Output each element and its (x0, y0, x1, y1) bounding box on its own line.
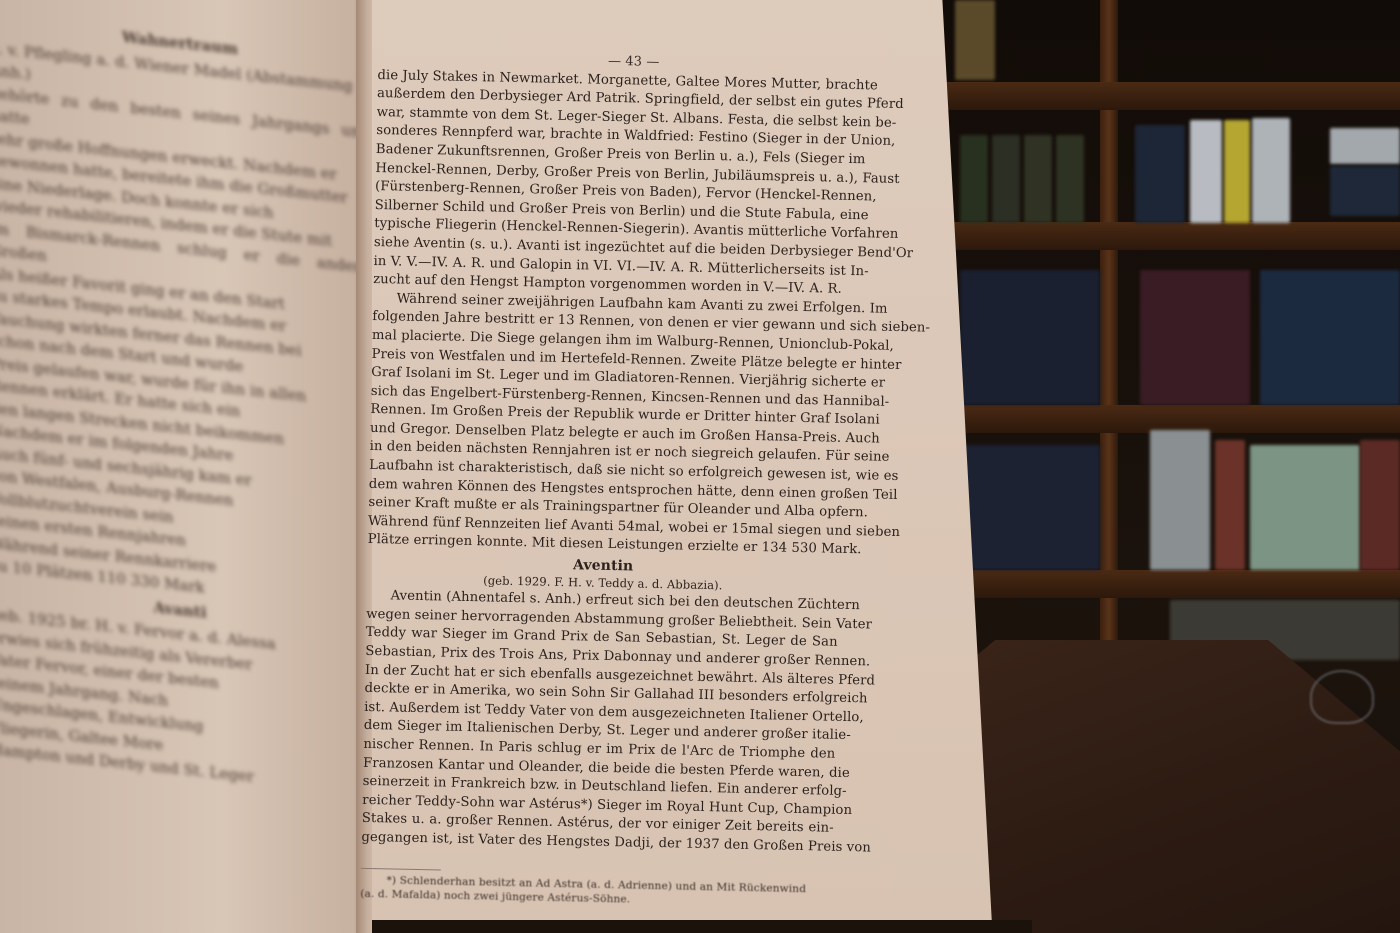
left-book-page: Wahnertraum z. v. Pflegling a. d. Wiener… (0, 0, 372, 933)
eyeglasses (1310, 670, 1374, 724)
book-spine (1224, 120, 1250, 223)
book-spine (1024, 135, 1052, 223)
book-spine (1252, 118, 1290, 223)
book-spine (1150, 430, 1210, 570)
bookshelf-board (940, 405, 1400, 433)
book-spine (960, 135, 988, 223)
right-page-content: — 43 — die July Stakes in Newmarket. Mor… (360, 48, 850, 910)
book-spine (1330, 166, 1400, 216)
paragraph-avanti-pedigree: die July Stakes in Newmarket. Morganette… (373, 67, 850, 300)
book-spine (1215, 440, 1245, 570)
footnote-divider (361, 867, 441, 870)
paragraph-avanti-career: Während seiner zweijährigen Laufbahn kam… (367, 290, 844, 560)
book-spine (1140, 270, 1250, 405)
book-spine (1190, 120, 1222, 223)
book-spine (1330, 128, 1400, 164)
book-spine (955, 0, 995, 80)
book-spine (960, 445, 1100, 570)
book-spine (960, 270, 1100, 405)
bookshelf-board (940, 570, 1400, 598)
bookshelf-board (940, 82, 1400, 110)
book-spine (1056, 135, 1084, 223)
book-spine (1260, 270, 1400, 405)
book-spine (992, 135, 1020, 223)
bookshelf-board (940, 222, 1400, 250)
book-spine (1360, 440, 1400, 570)
book-spine (1135, 125, 1185, 223)
book-spine (1250, 445, 1360, 570)
left-page-text: Wahnertraum z. v. Pflegling a. d. Wiener… (0, 10, 370, 800)
page-bottom-shadow (372, 920, 1032, 933)
paragraph-aventin: Aventin (Ahnentafel s. Anh.) erfreut sic… (361, 587, 838, 857)
